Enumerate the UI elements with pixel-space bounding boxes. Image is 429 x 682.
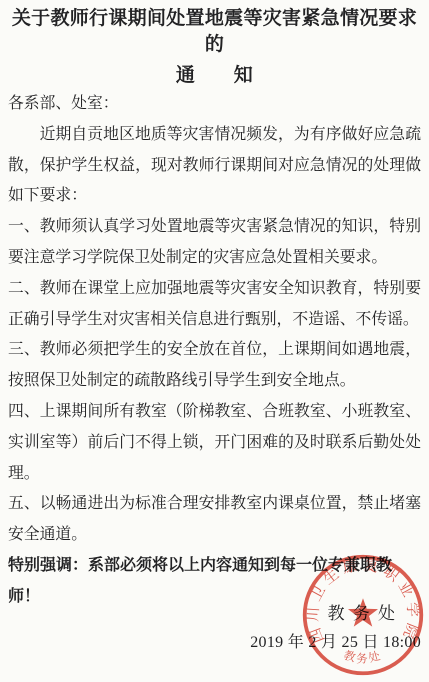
requirement-item-3: 三、教师必须把学生的安全放在首位，上课期间如遇地震，按照保卫处制定的疏散路线引导…: [8, 335, 421, 397]
signature-department: 教 务 处: [328, 599, 396, 624]
intro-paragraph: 近期自贡地区地质等灾害情况频发，为有序做好应急疏散，保护学生权益，现对教师行课期…: [8, 120, 421, 212]
salutation: 各系部、处室：: [8, 89, 421, 120]
notice-document: 关于教师行课期间处置地震等灾害紧急情况要求的 通 知 各系部、处室： 近期自贡地…: [0, 0, 429, 682]
requirement-item-4: 四、上课期间所有教室（阶梯教室、合班教室、小班教室、实训室等）前后门不得上锁，开…: [8, 397, 421, 489]
requirement-item-5: 五、以畅通进出为标准合理安排教室内课桌位置，禁止堵塞安全通道。: [8, 489, 421, 551]
notice-title-line1: 关于教师行课期间处置地震等灾害紧急情况要求的: [8, 6, 421, 58]
notice-title-line2: 通 知: [8, 63, 421, 89]
requirement-item-1: 一、教师须认真学习处置地震等灾害紧急情况的知识，特别要注意学习学院保卫处制定的灾…: [8, 212, 421, 274]
document-content: 关于教师行课期间处置地震等灾害紧急情况要求的 通 知 各系部、处室： 近期自贡地…: [0, 0, 429, 613]
notice-body: 各系部、处室： 近期自贡地区地质等灾害情况频发，为有序做好应急疏散，保护学生权益…: [8, 89, 421, 613]
signature-datetime: 2019 年 2 月 25 日 18:00: [250, 629, 421, 652]
requirement-item-2: 二、教师在课堂上应加强地震等灾害安全知识教育，特别要正确引导学生对灾害相关信息进…: [8, 274, 421, 336]
